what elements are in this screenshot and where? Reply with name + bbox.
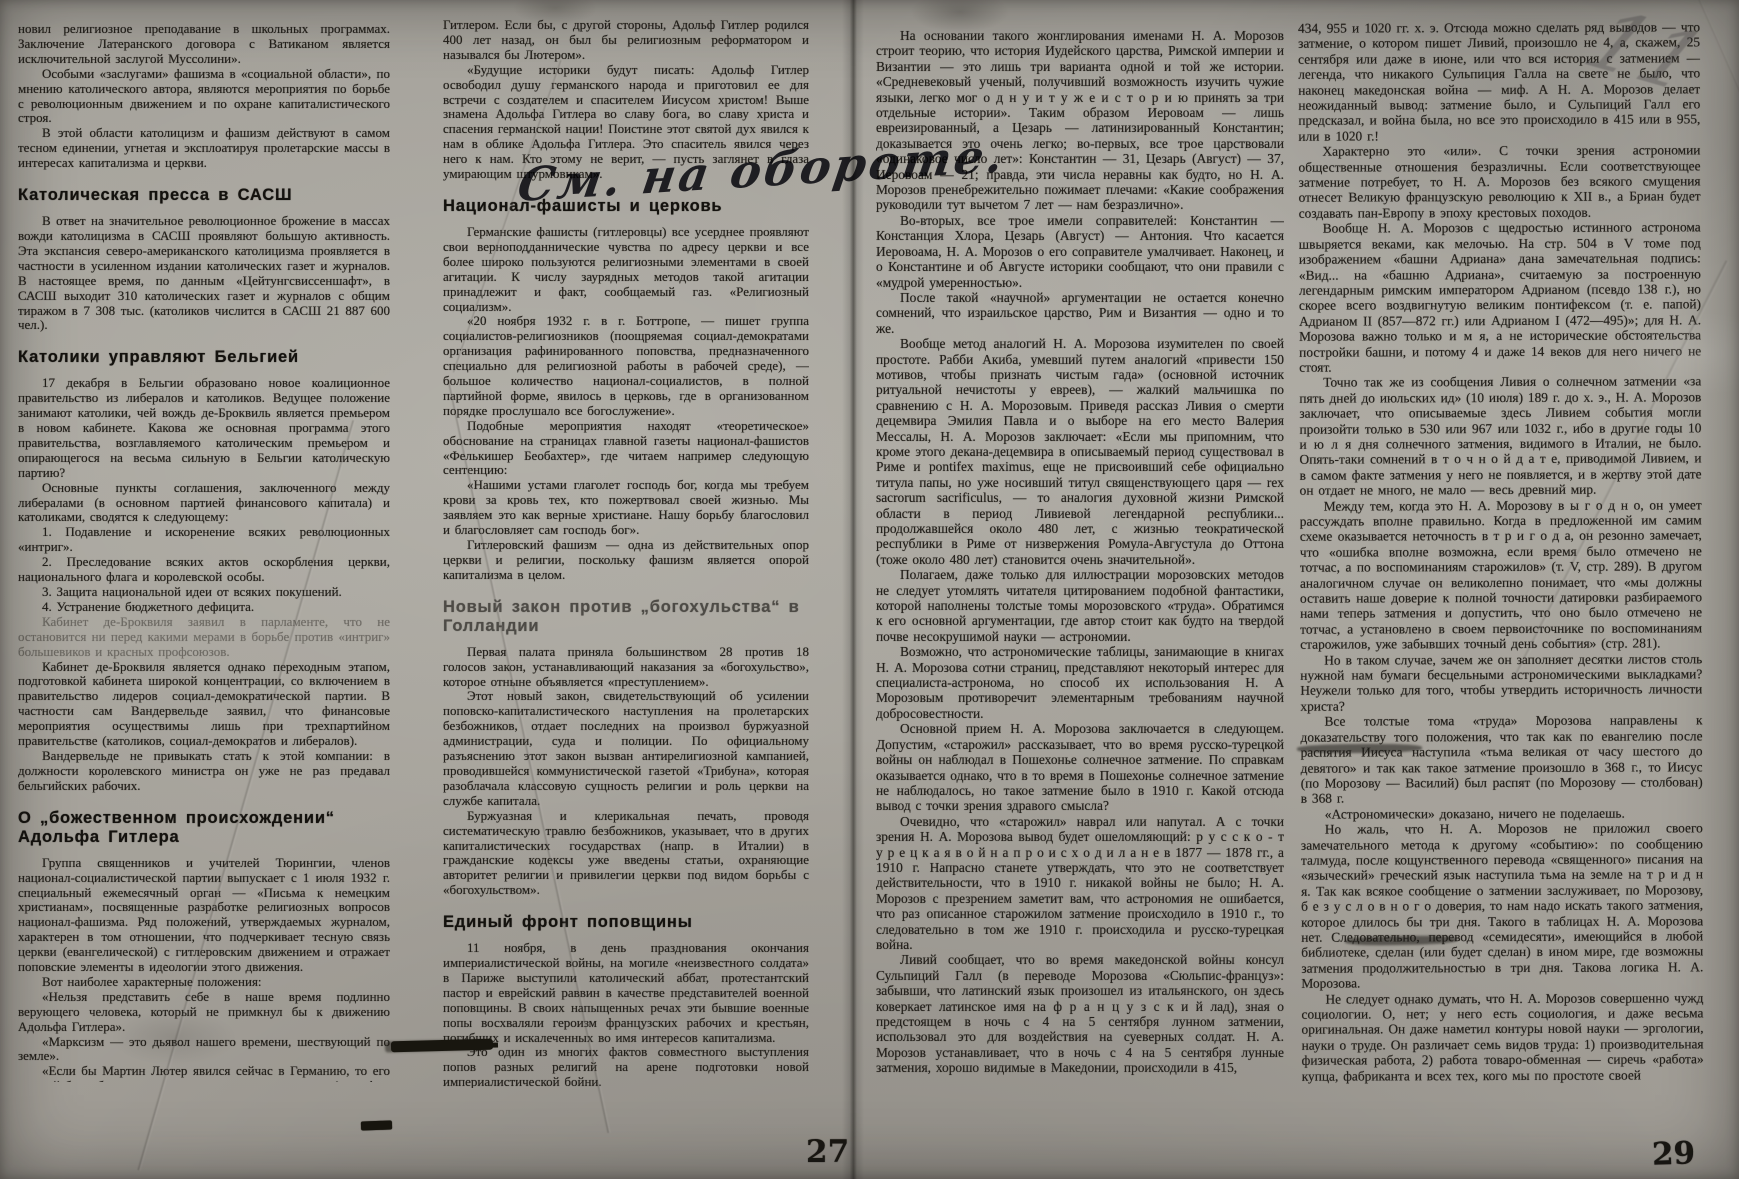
paragraph: Полагаем, даже только для иллюстрации мо… [876,567,1284,644]
paragraph: Но жаль, что Н. А. Морозов не приложил с… [1301,820,1704,991]
paragraph: «Нельзя представить себе в наше время по… [18,990,390,1035]
paragraph: «20 ноября 1932 г. в г. Боттропе, — пише… [443,314,809,418]
paragraph: Но в таком случае, зачем же он заполняет… [1300,651,1702,714]
paragraph: 2. Преследование всяких актов оскорблени… [18,555,390,585]
paragraph: Очевидно, что «старожил» наврал или напу… [876,814,1284,953]
paragraph: Основные пункты соглашения, заключенного… [18,481,390,526]
paragraph: Буржуазная и клерикальная печать, провод… [443,809,809,898]
paragraph: Гитлером. Если бы, с другой стороны, Адо… [443,18,809,63]
paragraph: Характерно это «или». С точки зрения аст… [1298,143,1700,221]
ink-smudge [361,1120,392,1130]
article-heading: Новый закон против „богохульства“ в Голл… [443,598,809,636]
paragraph: Вообще Н. А. Морозов с щедростью истинно… [1299,220,1702,375]
paragraph: Подобные мероприятия находят «теоретичес… [443,419,809,479]
paragraph: Возможно, что астрономические таблицы, з… [876,644,1284,721]
page-number-left: 27 [806,1134,849,1170]
paragraph: 4. Устранение бюджетного дефицита. [18,600,390,615]
paragraph: Особыми «заслугами» фашизма в «социально… [18,67,390,127]
paragraph: Первая палата приняла большинством 28 пр… [443,645,809,690]
paragraph: «Нашими устами глаголет господь бог, ког… [443,478,809,538]
paragraph: Основной прием Н. А. Морозова заключаетс… [876,721,1284,813]
paragraph: 1. Подавление и искоренение всяких револ… [18,525,390,555]
paragraph: «Если бы Мартин Лютер явился сейчас в Ге… [18,1064,390,1082]
paragraph: 3. Защита национальной идеи от всяких по… [18,585,390,600]
paragraph: Точно так же из сообщения Ливия о солнеч… [1299,374,1701,499]
paragraph: Германские фашисты (гитлеровцы) все усер… [443,225,809,314]
paragraph: Все толстые тома «труда» Морозова направ… [1300,713,1702,807]
paragraph: новил религиозное преподавание в школьны… [18,22,390,67]
paragraph: Кабинет де-Броквиля является однако пере… [18,660,390,749]
scanned-magazine-spread: { "document": { "left_page_number": "27"… [0,0,1739,1179]
paragraph: Во-вторых, все трое имели соправителей: … [876,213,1284,290]
paragraph: Гитлеровский фашизм — одна из действител… [443,538,809,583]
paragraph: «Марксизм — это дьявол нашего времени, ш… [18,1035,390,1065]
paragraph: «Астрономически» доказано, ничего не под… [1301,805,1703,822]
article-heading: О „божественном происхождении“ Адольфа Г… [18,809,390,847]
article-heading: Единый фронт поповщины [443,913,809,932]
paragraph: Между тем, когда это Н. А. Морозову в ы … [1300,497,1703,652]
paragraph: Кабинет де-Броквиля заявил в парламенте,… [18,615,390,660]
text-column-1: новил религиозное преподавание в школьны… [18,22,390,1082]
paragraph: 11 ноября, в день празднования окончания… [443,941,809,1045]
paragraph: Не следует однако думать, что Н. А. Моро… [1301,990,1703,1084]
paragraph: Ливий сообщает, что во время македонской… [876,952,1284,1075]
article-heading: Католическая пресса в САСШ [18,186,390,205]
text-column-3: На основании такого жонглирования именам… [876,28,1284,1148]
paragraph: Вандервельде не привыкать стать к этой к… [18,749,390,794]
article-heading: Католики управляют Бельгией [18,348,390,367]
paragraph: Вот наиболее характерные положения: [18,975,390,990]
paragraph: После такой «научной» аргументации не ос… [876,290,1284,336]
paragraph: Это один из многих фактов совместного вы… [443,1045,809,1088]
page-number-right: 29 [1651,1135,1695,1172]
paragraph: 17 декабря в Бельгии образовано новое ко… [18,376,390,480]
text-column-4: 434, 955 и 1020 гг. х. э. Отсюда можно с… [1298,19,1704,1160]
paragraph: Этот новый закон, свидетельствующий об у… [443,689,809,808]
paragraph: Вообще метод аналогий Н. А. Морозова изу… [876,336,1284,567]
paragraph: В этой области католицизм и фашизм дейст… [18,126,390,171]
paragraph: Группа священников и учителей Тюрингии, … [18,856,390,975]
paragraph: В ответ на значительное революционное бр… [18,214,390,333]
